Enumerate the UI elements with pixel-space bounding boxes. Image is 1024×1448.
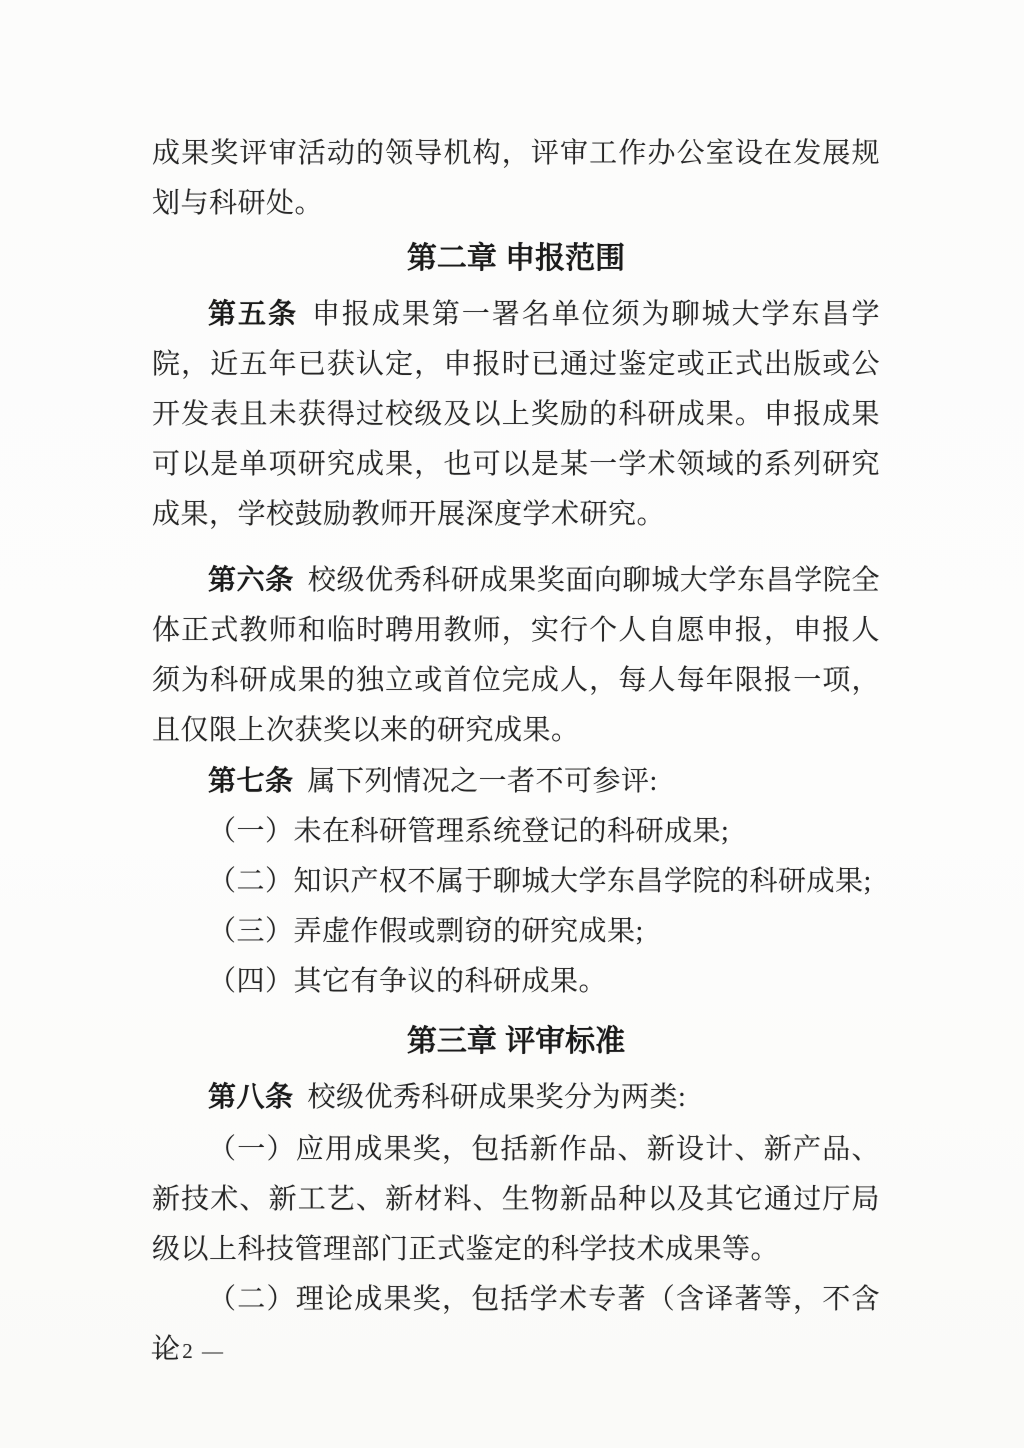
page-number: — 2 — [152, 1336, 225, 1366]
article-6-paragraph: 第六条校级优秀科研成果奖面向聊城大学东昌学院全体正式教师和临时聘用教师，实行个人… [152, 555, 880, 756]
article-5-label: 第五条 [208, 298, 298, 329]
article-7-item-2: （二）知识产权不属于聊城大学东昌学院的科研成果; [152, 857, 880, 907]
article-5-text: 申报成果第一署名单位须为聊城大学东昌学院，近五年已获认定，申报时已通过鉴定或正式… [152, 299, 880, 530]
article-7-label: 第七条 [208, 765, 294, 796]
article-7-item-4: （四）其它有争议的科研成果。 [152, 957, 880, 1007]
document-page: 成果奖评审活动的领导机构，评审工作办公室设在发展规划与科研处。 第二章 申报范围… [0, 0, 1024, 1448]
article-5-paragraph: 第五条申报成果第一署名单位须为聊城大学东昌学院，近五年已获认定，申报时已通过鉴定… [152, 289, 880, 540]
article-8-text: 校级优秀科研成果奖分为两类: [308, 1082, 687, 1113]
document-content: 成果奖评审活动的领导机构，评审工作办公室设在发展规划与科研处。 第二章 申报范围… [152, 129, 880, 1375]
article-7-item-1: （一）未在科研管理系统登记的科研成果; [152, 807, 880, 857]
paragraph-continuation: 成果奖评审活动的领导机构，评审工作办公室设在发展规划与科研处。 [152, 129, 880, 229]
article-7-text: 属下列情况之一者不可参评: [308, 766, 658, 797]
article-7-item-3: （三）弄虚作假或剽窃的研究成果; [152, 907, 880, 957]
article-7-paragraph: 第七条属下列情况之一者不可参评: [152, 756, 880, 807]
article-8-paragraph: 第八条校级优秀科研成果奖分为两类: [152, 1072, 880, 1123]
chapter-3-heading: 第三章 评审标准 [152, 1017, 880, 1067]
article-8-item-2: （二）理论成果奖，包括学术专著（含译著等，不含论 [152, 1275, 880, 1375]
article-8-label: 第八条 [208, 1081, 294, 1112]
article-6-label: 第六条 [208, 564, 294, 595]
article-8-item-1: （一）应用成果奖，包括新作品、新设计、新产品、新技术、新工艺、新材料、生物新品种… [152, 1125, 880, 1275]
chapter-2-heading: 第二章 申报范围 [152, 234, 880, 284]
